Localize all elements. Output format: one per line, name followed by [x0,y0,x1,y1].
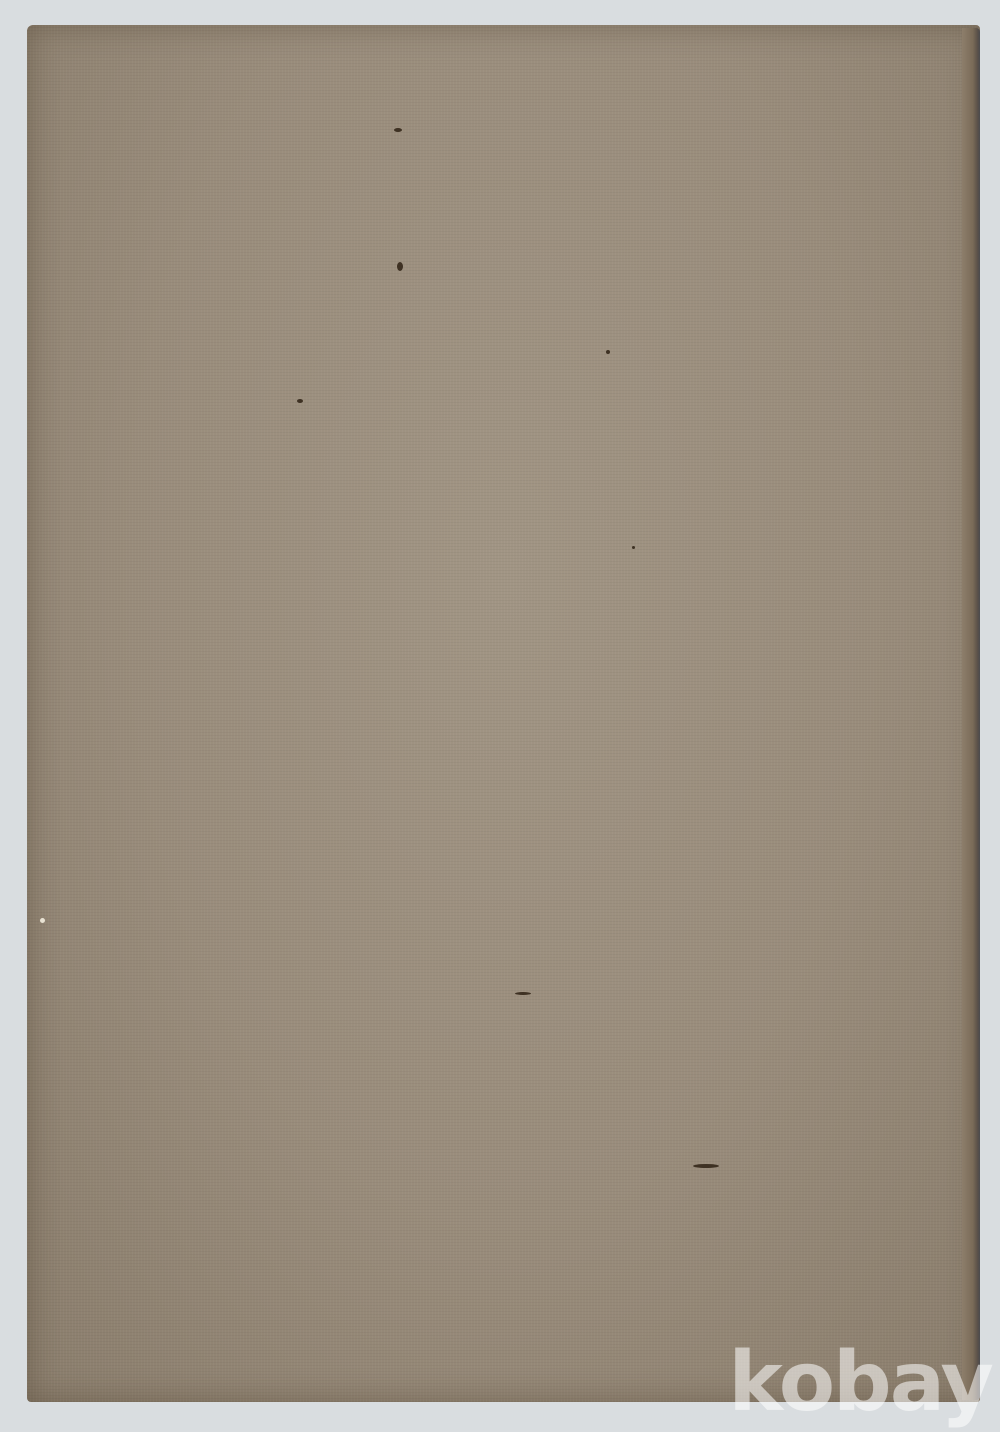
book-spine-edge [962,28,980,1400]
stain-spot [606,350,610,354]
watermark-text: kobay [728,1335,992,1430]
stain-spot [693,1164,719,1168]
book-back-cover [27,25,980,1402]
stain-spot [394,128,402,132]
stain-spot [397,262,403,271]
stain-spot [40,918,45,923]
stain-spot [632,546,635,549]
stain-spot [515,992,531,995]
stain-spot [297,399,303,403]
